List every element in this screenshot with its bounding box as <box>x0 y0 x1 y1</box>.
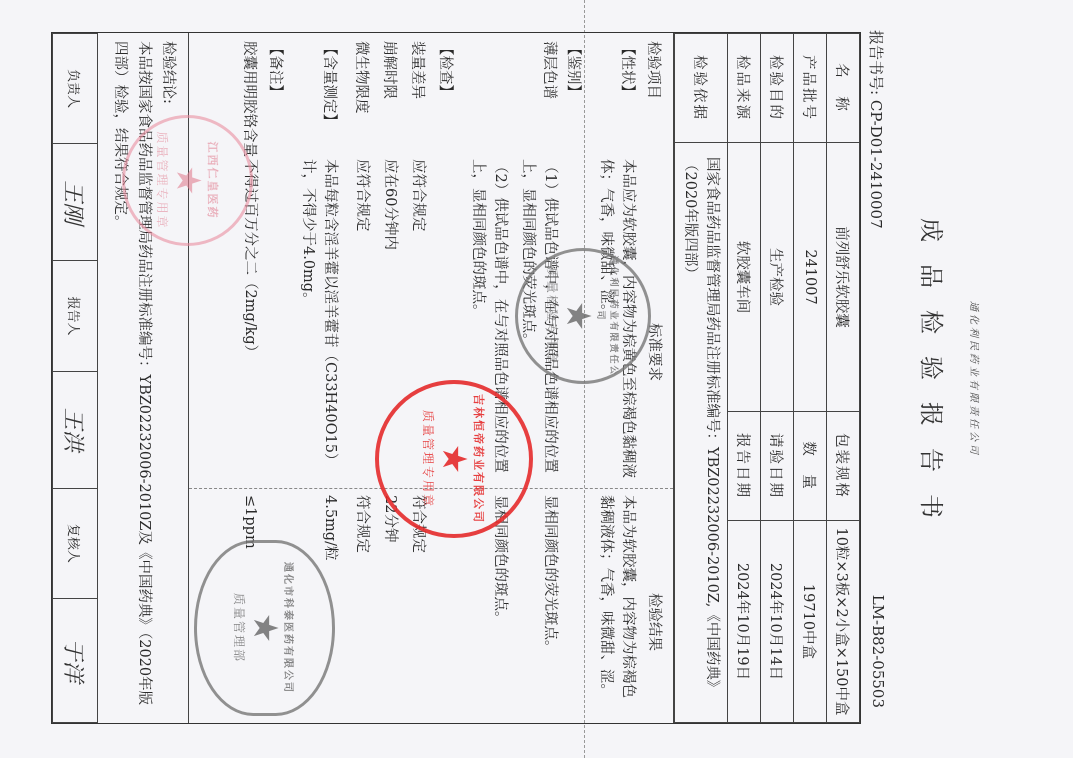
col-standard-header: 标准要求 <box>643 323 665 381</box>
test-item: 胶囊用明胶铬含量 <box>240 41 261 157</box>
reviewer-label: 复核人 <box>53 488 98 598</box>
test-item: 薄层色谱 <box>540 41 561 99</box>
spec-label: 包装规格 <box>827 412 860 521</box>
request-date-value: 2024年10月14日 <box>761 521 794 723</box>
conclusion-label: 检验结论: <box>156 41 180 715</box>
spec-value: 10粒×3板×2小盒×150中盒 <box>827 521 860 723</box>
test-result: ≤1ppm <box>239 495 261 710</box>
test-standard: 本品应为软胶囊，内容物为棕黄色至棕褐色黏稠液体；气香，味微甜、涩。 <box>595 159 639 479</box>
conclusion-section: 检验结论: 本品按国家食品药品监督管理局药品注册标准编号：YBZ02232006… <box>98 33 189 723</box>
test-standard: （2）供试品色谱中，在与对照品色谱相应的位置上，显相同颜色的斑点。 <box>467 159 511 479</box>
test-result: 显相同颜色的斑点。 <box>489 495 511 710</box>
responsible-label: 负责人 <box>53 34 98 144</box>
test-standard: 应符合规定 <box>407 159 429 479</box>
report-date-value: 2024年10月19日 <box>728 521 761 723</box>
report-number-value: CP-D01-2410007 <box>867 100 885 229</box>
signature-table: 负责人 王刚 报告人 王洪 复核人 于洋 <box>52 33 98 723</box>
report-title: 成品检验报告书 <box>916 0 951 758</box>
company-name: 通化利民药业有限责任公司 <box>968 0 983 758</box>
test-result: 符合规定 <box>351 495 373 710</box>
info-table: 名 称 前列舒乐软胶囊 包装规格 10粒×3板×2小盒×150中盒 产品批号 2… <box>674 33 860 723</box>
column-divider <box>189 488 673 489</box>
test-item: 【备注】 <box>266 41 287 99</box>
batch-label: 产品批号 <box>794 34 827 143</box>
reviewer-signature: 于洋 <box>53 598 98 722</box>
test-result: 22分钟 <box>379 495 401 710</box>
purpose-value: 生产检验 <box>761 143 794 412</box>
basis-value: 国家食品药品监督管理局药品注册标准编号：YBZ02232006-2010Z,《中… <box>675 143 728 723</box>
source-value: 软胶囊车间 <box>728 143 761 412</box>
test-item: 【性状】 <box>618 41 639 99</box>
inspection-report-page: 通化利民药业有限责任公司 成品检验报告书 报告书号: CP-D01-241000… <box>0 0 1073 758</box>
test-standard: （1）供试品色谱中，在与对照品色谱相应的位置上，显相同颜色的荧光斑点。 <box>517 159 561 479</box>
test-item: 【鉴别】 <box>564 41 585 99</box>
test-result: 符合规定 <box>407 495 429 710</box>
report-sheet: 名 称 前列舒乐软胶囊 包装规格 10粒×3板×2小盒×150中盒 产品批号 2… <box>51 32 861 724</box>
test-standard: 本品每粒含淫羊藿以淫羊藿苷（C33H40O15）计，不得少于4.0mg。 <box>297 159 341 479</box>
report-number: 报告书号: CP-D01-2410007 <box>866 30 887 229</box>
test-item: 装量差异 <box>408 41 429 99</box>
report-date-label: 报告日期 <box>728 412 761 521</box>
batch-value: 241007 <box>794 143 827 412</box>
basis-line-2: （2020年版四部） <box>679 157 701 718</box>
reporter-signature: 王洪 <box>53 371 98 488</box>
qty-value: 19710中盒 <box>794 521 827 723</box>
test-standard: 应在60分钟内 <box>379 159 401 479</box>
test-result: 本品为软胶囊，内容物为棕褐色黏稠液体；气香，味微甜、涩。 <box>595 495 639 710</box>
col-item-header: 检验项目 <box>644 41 665 99</box>
request-date-label: 请验日期 <box>761 412 794 521</box>
test-item: 【检查】 <box>436 41 457 99</box>
test-item: 崩解时限 <box>380 41 401 99</box>
form-number: LM-B82-05503 <box>869 595 887 708</box>
name-label: 名 称 <box>827 34 860 143</box>
basis-label: 检验依据 <box>675 34 728 143</box>
test-result: 4.5mg/粒 <box>319 495 341 710</box>
test-standard: 应符合规定 <box>351 159 373 479</box>
name-value: 前列舒乐软胶囊 <box>827 143 860 412</box>
test-standard: 不得过百万分之二（2mg/kg） <box>239 159 261 479</box>
test-item: 【含量测定】 <box>320 41 341 128</box>
report-number-label: 报告书号: <box>867 30 885 95</box>
reporter-label: 报告人 <box>53 261 98 371</box>
qty-label: 数 量 <box>794 412 827 521</box>
responsible-signature: 王刚 <box>53 144 98 261</box>
conclusion-text: 本品按国家食品药品监督管理局药品注册标准编号：YBZ02232006-2010Z… <box>108 41 156 715</box>
source-label: 检品来源 <box>728 34 761 143</box>
col-result-header: 检验结果 <box>643 593 665 651</box>
test-result: 显相同颜色的荧光斑点。 <box>539 495 561 710</box>
tests-section: 检验项目 标准要求 检验结果 【性状】本品应为软胶囊，内容物为棕黄色至棕褐色黏稠… <box>189 33 674 723</box>
purpose-label: 检验目的 <box>761 34 794 143</box>
test-item: 微生物限度 <box>352 41 373 114</box>
basis-line-1: 国家食品药品监督管理局药品注册标准编号：YBZ02232006-2010Z,《中… <box>701 157 723 718</box>
